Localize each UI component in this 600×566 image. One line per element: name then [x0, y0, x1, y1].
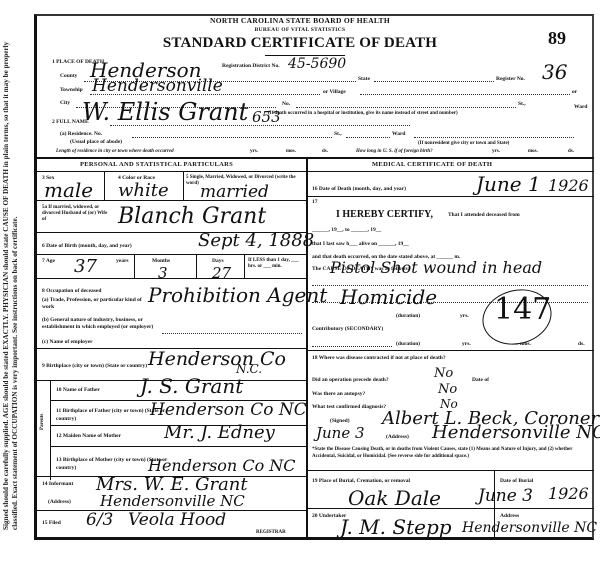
us-residence-label: How long in U. S. if of foreign birth? — [356, 149, 433, 154]
bureau-title: BUREAU OF VITAL STATISTICS — [0, 27, 600, 33]
filed-label: 15 Filed — [42, 520, 61, 526]
autopsy-label: Was there an autopsy? — [312, 391, 365, 397]
birthplace-label: 9 Birthplace (city or town) (State or co… — [42, 362, 152, 370]
cell-divider — [244, 254, 245, 278]
burial-place-value: Oak Dale — [348, 486, 441, 510]
industry-line — [162, 333, 302, 334]
duration-label: (duration) — [396, 313, 420, 319]
burial-year-value: 1926 — [548, 484, 589, 503]
undertaker-address-value: Hendersonville NC — [462, 520, 597, 536]
manner-value: Homicide — [340, 285, 437, 309]
date-of-death-label: 16 Date of Death (month, day, and year) — [312, 186, 406, 192]
us-mos-label: mos. — [528, 149, 538, 154]
hospital-note: (If death occurred in a hospital or inst… — [268, 111, 458, 116]
birthplace-value: Henderson Co — [148, 348, 286, 370]
autopsy-value: No — [438, 382, 457, 397]
residence-length-label: Length of residence in city or town wher… — [56, 149, 174, 154]
last-saw-line: that I last saw h___ alive on ______, 19… — [312, 241, 409, 247]
years-label: years — [116, 258, 129, 264]
residence-mos-label: mos. — [286, 149, 296, 154]
medical-section-title: MEDICAL CERTIFICATE OF DEATH — [372, 161, 492, 168]
state-label: State — [358, 76, 370, 82]
ward-label: Ward — [574, 104, 587, 110]
mother-name-label: 12 Maiden Name of Mother — [56, 433, 121, 439]
number-label: No. — [282, 101, 290, 107]
registration-district-label: Registration District No. — [222, 63, 280, 69]
cause-value: Pistol Shot wound in head — [330, 258, 542, 277]
row-divider — [307, 171, 594, 172]
father-birthplace-value: Henderson Co NC — [150, 400, 307, 420]
township-label: Township — [60, 87, 83, 93]
us-ds-label: ds. — [568, 149, 574, 154]
city-label: City — [60, 100, 70, 106]
nonresident-note: (If nonresident give city or town and St… — [418, 141, 509, 146]
registration-district-value: 45-5690 — [288, 56, 346, 72]
age-months-value: 3 — [158, 264, 168, 282]
informant-address-value: Hendersonville NC — [100, 492, 245, 510]
sex-value: male — [44, 178, 93, 202]
certify-heading: I HEREBY CERTIFY, — [336, 209, 433, 220]
certificate-title: STANDARD CERTIFICATE OF DEATH — [0, 35, 600, 52]
age-label: 7 Age — [42, 258, 55, 264]
agency-title: NORTH CAROLINA STATE BOARD OF HEALTH — [0, 16, 600, 25]
residence-line — [132, 137, 332, 138]
personal-section-title: PERSONAL AND STATISTICAL PARTICULARS — [80, 161, 233, 168]
row-divider — [37, 200, 306, 201]
contributory-line — [312, 346, 392, 347]
operation-value: No — [434, 366, 453, 381]
age-days-value: 27 — [212, 264, 231, 282]
medical-address-label: (Address) — [386, 434, 409, 440]
village-label: or Village — [323, 89, 346, 95]
row-divider — [37, 254, 306, 255]
register-no-label: Register No. — [496, 76, 525, 82]
spouse-label: 5a If married, widowed, or divorced Husb… — [42, 205, 112, 223]
residence-ward-label: Ward — [392, 131, 405, 137]
county-label: County — [60, 73, 77, 79]
less-than-day-label: If LESS than 1 day, ___ hrs. or ___ min. — [248, 258, 304, 270]
date-of-label: Date of — [472, 377, 489, 383]
street-line — [296, 107, 516, 108]
column-divider — [306, 157, 308, 540]
certificate-number: 89 — [548, 28, 566, 49]
test-label: What test confirmed diagnosis? — [312, 404, 386, 410]
undertaker-address-label: Address — [500, 513, 519, 519]
duration-yrs: yrs. — [460, 313, 469, 319]
spouse-value: Blanch Grant — [118, 204, 266, 229]
instructions-text: Signed should be carefully supplied. AGE… — [2, 30, 32, 530]
full-name-value: W. Ellis Grant — [82, 98, 248, 126]
age-years-value: 37 — [74, 256, 97, 277]
row-divider — [307, 508, 594, 509]
signed-date: June 3 — [316, 424, 365, 442]
full-name-annotation: 653 — [252, 108, 281, 126]
row-divider — [307, 470, 594, 471]
mother-birthplace-value: Henderson Co NC — [148, 456, 296, 475]
date-of-death-year: 1926 — [548, 176, 589, 195]
occupation-label: 8 Occupation of deceased — [42, 288, 101, 294]
township-value: Hendersonville — [92, 76, 223, 96]
section-divider — [37, 157, 594, 159]
row-divider — [307, 196, 594, 197]
village-line — [360, 94, 570, 95]
industry-label: (b) General nature of industry, business… — [42, 317, 172, 331]
residence-sublabel: (Usual place of abode) — [70, 139, 122, 145]
register-no-value: 36 — [542, 60, 567, 84]
informant-label: 14 Informant — [42, 481, 73, 487]
dob-label: 6 Date of Birth (month, day, and year) — [42, 243, 132, 249]
burial-date-value: June 3 — [478, 486, 533, 506]
full-name-line — [110, 125, 410, 126]
where-contracted-label: 18 Where was disease contracted if not a… — [312, 355, 452, 362]
or-label: or — [572, 89, 577, 95]
cell-divider — [196, 254, 197, 278]
father-name-label: 10 Name of Father — [56, 387, 100, 393]
township-line — [90, 94, 320, 95]
residence-ward-line — [414, 137, 574, 138]
dob-value: Sept 4, 1888 — [198, 230, 314, 251]
medical-address-value: Hendersonville NC — [432, 422, 600, 443]
filed-registrar-value: Veola Hood — [128, 510, 226, 530]
duration-yrs-2: yrs. — [462, 341, 471, 347]
residence-street-label: St., — [334, 131, 342, 137]
trade-label: (a) Trade, Profession, or particular kin… — [42, 297, 152, 311]
section-17-label: 17 — [312, 199, 318, 205]
attended-dates-line: ______, 19__, to ______, 19__ — [312, 227, 381, 233]
operation-label: Did an operation precede death? — [312, 377, 389, 383]
date-of-death-value: June 1 — [476, 172, 541, 196]
row-divider — [307, 350, 594, 351]
color-value: white — [118, 180, 169, 201]
filed-date-value: 6/3 — [86, 510, 113, 530]
undertaker-value: J. M. Stepp — [340, 515, 452, 539]
parents-side-label: Parents — [40, 400, 48, 440]
trade-value: Prohibition Agent — [148, 283, 327, 307]
mother-name-value: Mr. J. Edney — [164, 422, 275, 443]
cell-divider — [134, 254, 135, 278]
parents-divider — [50, 380, 51, 480]
burial-date-label: Date of Burial — [500, 478, 533, 484]
us-yrs-label: yrs. — [492, 149, 500, 154]
cell-divider — [104, 171, 105, 200]
contributory-label: Contributory (SECONDARY) — [312, 326, 383, 332]
cause-footnote: *State the Disease Causing Death, or in … — [312, 446, 590, 460]
certify-text: That I attended deceased from — [448, 212, 520, 218]
father-name-value: J. S. Grant — [140, 374, 243, 398]
residence-yrs-label: yrs. — [250, 149, 258, 154]
cell-divider — [183, 171, 184, 200]
duration-ds-2: ds. — [578, 341, 585, 347]
employer-label: (c) Name of employer — [42, 339, 93, 345]
street-label: St., — [518, 101, 526, 107]
stamp-value: 147 — [494, 292, 551, 327]
informant-address-label: (Address) — [48, 499, 71, 505]
row-divider — [50, 446, 306, 447]
marital-value: married — [200, 182, 269, 202]
row-divider — [37, 278, 306, 279]
row-divider — [37, 171, 306, 172]
duration-mos-2: mos. — [520, 341, 531, 347]
burial-place-label: 19 Place of Burial, Cremation, or remova… — [312, 478, 410, 484]
instructions-sidebar: Signed should be carefully supplied. AGE… — [2, 30, 32, 530]
residence-street-line — [346, 137, 390, 138]
registrar-label: REGISTRAR — [256, 530, 286, 535]
state-line — [374, 81, 494, 82]
residence-ds-label: ds. — [322, 149, 328, 154]
duration-label-2: (duration) — [396, 341, 420, 347]
residence-label: (a) Residence. No. — [60, 131, 102, 137]
